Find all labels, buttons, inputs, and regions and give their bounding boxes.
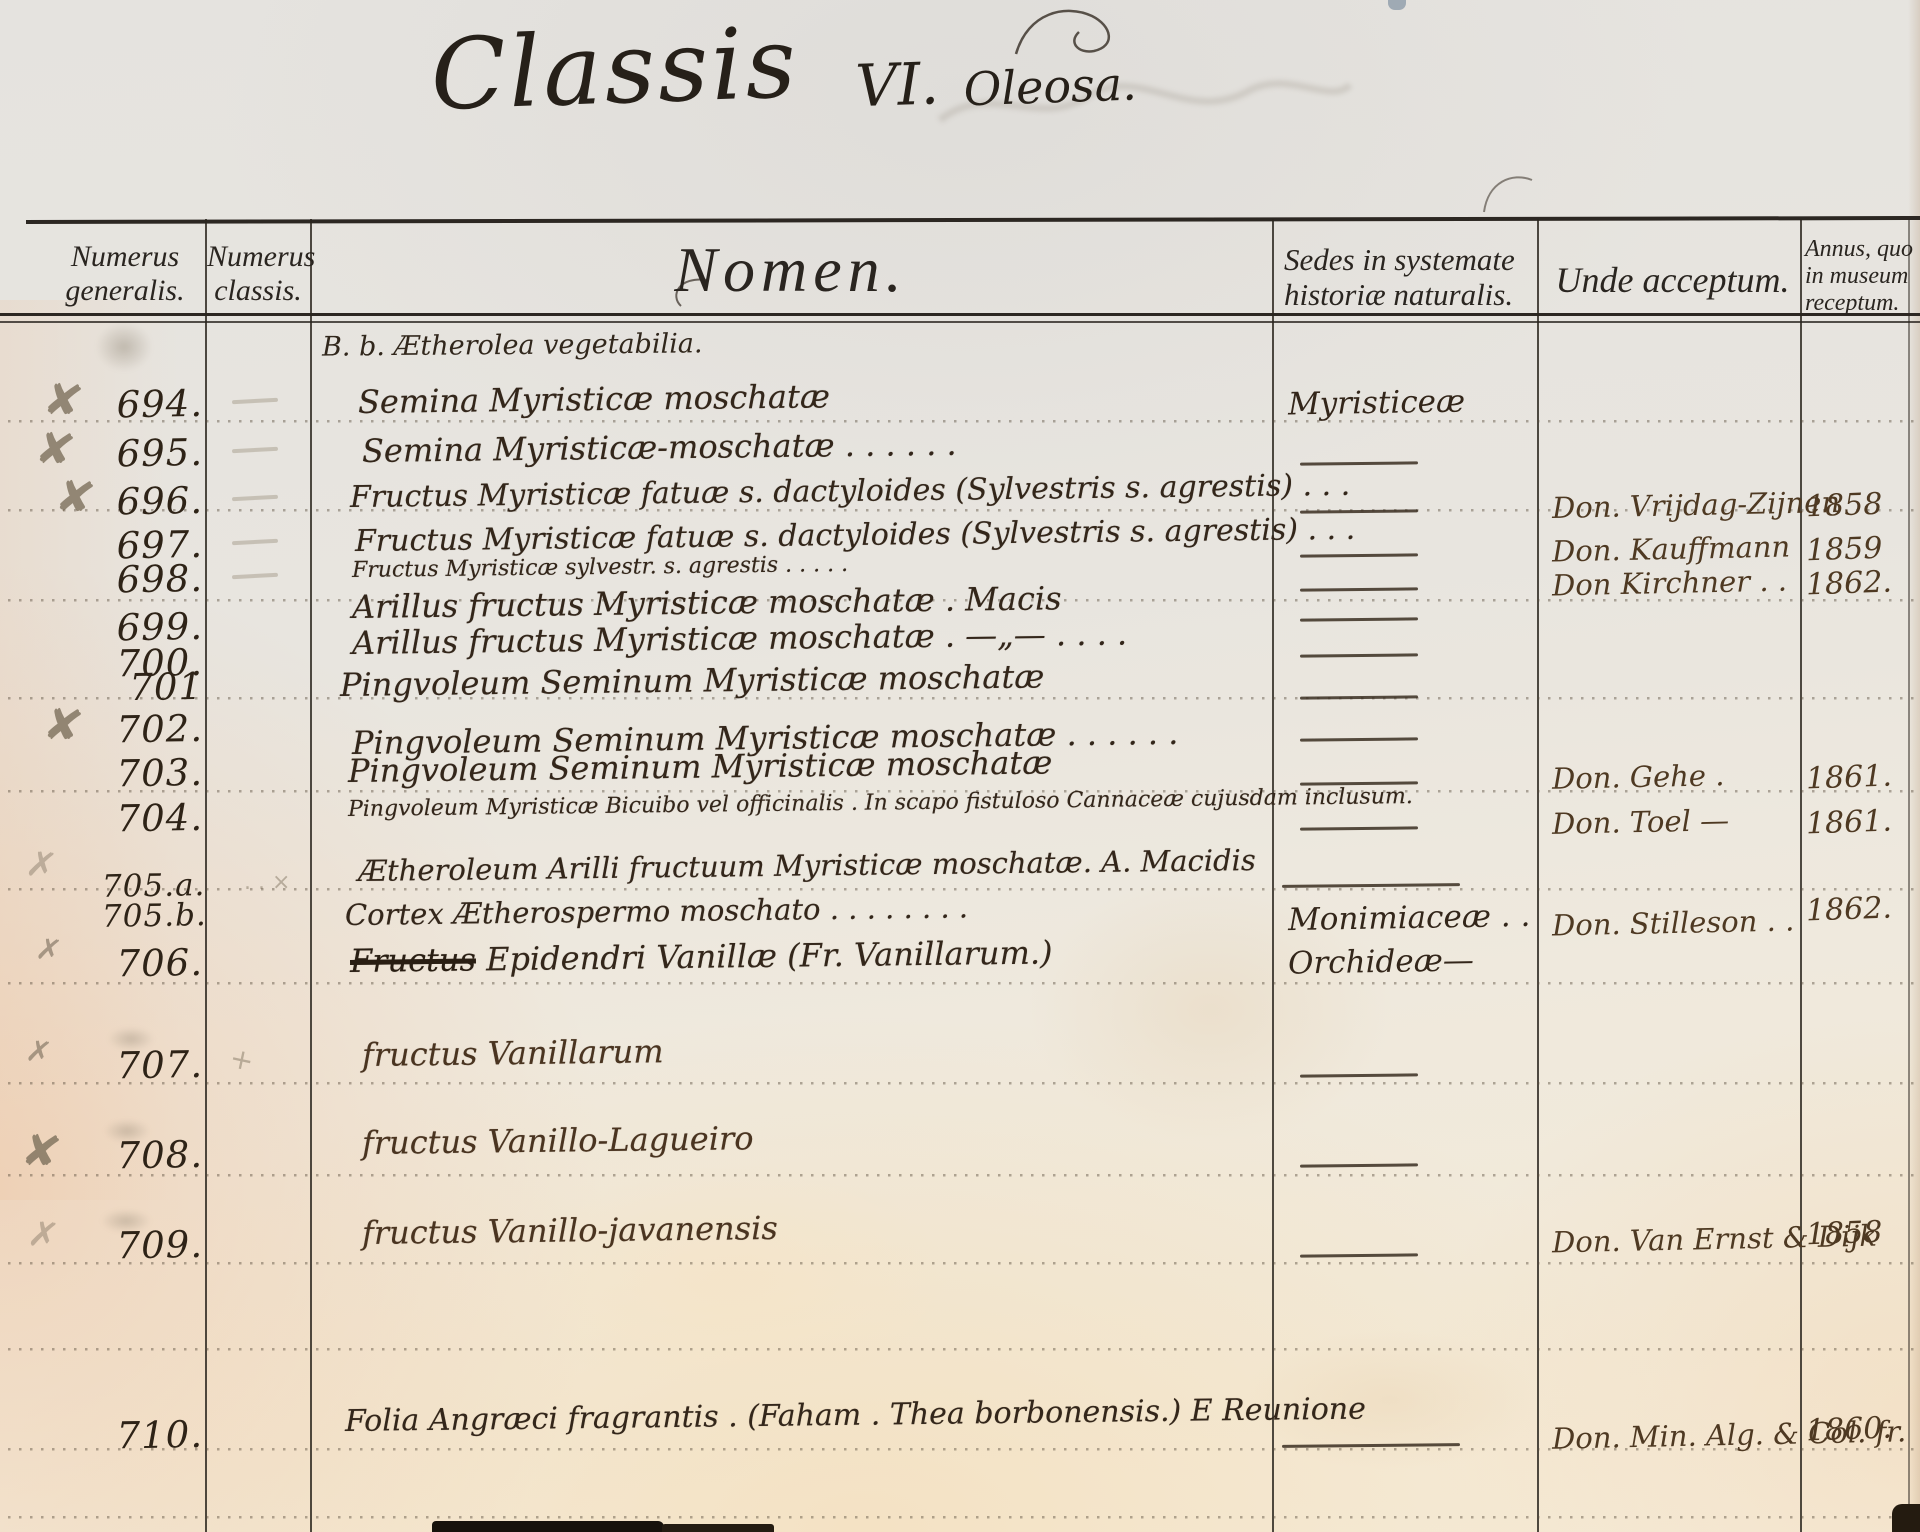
dotted-guide-line bbox=[8, 982, 1915, 985]
row-name: fructus Vanillarum bbox=[362, 1032, 664, 1074]
column-header-nomen: Nomen. bbox=[310, 234, 1272, 307]
row-name: Fructus Myristicæ fatuæ s. dactyloides (… bbox=[350, 468, 1351, 515]
row-name: fructus Vanillo-javanensis bbox=[362, 1209, 778, 1252]
row-number: 705.b. bbox=[102, 897, 207, 935]
unde-value: Don. Gehe . bbox=[1552, 758, 1725, 796]
row-name: Folia Angræci fragrantis . (Faham . Thea… bbox=[345, 1392, 1366, 1439]
classis-pencil-mark bbox=[232, 447, 278, 453]
row-name: Semina Myristicæ-moschatæ . . . . . . bbox=[362, 425, 957, 470]
row-number: 695. bbox=[75, 431, 204, 476]
annus-value: 1862. bbox=[1805, 891, 1892, 929]
table-column-rule bbox=[1908, 219, 1910, 1532]
annus-value: 1858 bbox=[1805, 1215, 1883, 1253]
row-number: 704. bbox=[75, 796, 204, 841]
row-name: fructus Vanillo-Lagueiro bbox=[362, 1119, 754, 1162]
row-number: 709. bbox=[75, 1223, 204, 1268]
classis-pencil-mark: + bbox=[227, 1044, 256, 1076]
sedes-ditto-dash bbox=[1300, 1073, 1418, 1077]
unde-value: Don. Toel — bbox=[1552, 803, 1730, 841]
sedes-ditto-dash bbox=[1300, 826, 1418, 830]
row-number: 708. bbox=[75, 1133, 204, 1178]
pencil-cross-mark: ✗ bbox=[23, 846, 59, 887]
dotted-guide-line bbox=[8, 1516, 1915, 1519]
dotted-guide-line bbox=[8, 697, 1915, 700]
table-column-rule bbox=[205, 219, 207, 1532]
classis-pencil-mark bbox=[232, 398, 278, 404]
sedes-ditto-dash bbox=[1300, 1253, 1418, 1257]
row-name: Fructus Myristicæ sylvestr. s. agrestis … bbox=[352, 552, 848, 583]
annus-value: 1859 bbox=[1805, 531, 1883, 569]
sedes-ditto-dash bbox=[1300, 1163, 1418, 1167]
header-bottom-rule-thin bbox=[0, 321, 1920, 323]
dotted-guide-line bbox=[8, 420, 1915, 423]
row-number: 696. bbox=[75, 479, 204, 524]
row-number: 707. bbox=[75, 1043, 204, 1088]
pencil-cross-mark: ✗ bbox=[34, 934, 64, 968]
row-name: Fructus Epidendri Vanillæ (Fr. Vanillaru… bbox=[350, 933, 1053, 980]
annus-value: 1861. bbox=[1805, 804, 1892, 842]
annus-value: 1861. bbox=[1805, 759, 1892, 797]
header-bottom-rule bbox=[0, 313, 1920, 316]
pencil-smudge bbox=[84, 312, 164, 382]
sedes-ditto-dash bbox=[1300, 617, 1418, 621]
annus-value: 1858 bbox=[1805, 487, 1883, 525]
annus-value: 1862. bbox=[1805, 565, 1892, 603]
row-name: Arillus fructus Myristicæ moschatæ . —„—… bbox=[352, 615, 1128, 662]
scan-edge-artifact bbox=[662, 1524, 774, 1532]
column-header-annus: Annus, quo in museum receptum. bbox=[1805, 236, 1917, 317]
row-number: 701 bbox=[75, 665, 204, 710]
section-heading: B. b. Ætherolea vegetabilia. bbox=[322, 328, 703, 362]
row-name: Ætheroleum Arilli fructuum Myristicæ mos… bbox=[358, 843, 1256, 888]
classis-pencil-mark bbox=[232, 573, 278, 579]
column-header-unde-acceptum: Unde acceptum. bbox=[1545, 260, 1800, 301]
sedes-ditto-dash bbox=[1300, 737, 1418, 741]
sedes-ditto-dash bbox=[1300, 653, 1418, 657]
sedes-ditto-dash bbox=[1300, 461, 1418, 465]
dotted-guide-line bbox=[8, 1082, 1915, 1085]
row-number: 706. bbox=[75, 941, 204, 986]
page-title-main: Classis bbox=[429, 6, 801, 133]
row-number: 703. bbox=[75, 751, 204, 796]
sedes-value: Myristiceæ bbox=[1288, 383, 1466, 422]
pencil-cross-mark: ✗ bbox=[25, 1216, 61, 1257]
row-name: Pingvoleum Seminum Myristicæ moschatæ bbox=[348, 743, 1053, 790]
table-column-rule bbox=[1800, 219, 1802, 1532]
row-name: Fructus Myristicæ fatuæ s. dactyloides (… bbox=[355, 512, 1356, 559]
scan-edge-artifact bbox=[432, 1521, 664, 1532]
row-name: Semina Myristicæ moschatæ bbox=[358, 377, 830, 421]
unde-value: Don. Kauffmann bbox=[1552, 530, 1791, 569]
row-number: 702. bbox=[75, 707, 204, 752]
ledger-page: Classis VI. Oleosa. Numerus generalis. N… bbox=[0, 0, 1920, 1532]
pencil-cross-mark: ✗ bbox=[24, 1036, 54, 1070]
page-title-subtitle: Oleosa. bbox=[963, 56, 1138, 116]
sedes-ditto-dash bbox=[1300, 587, 1418, 591]
dotted-guide-line bbox=[8, 1262, 1915, 1265]
paper-stain bbox=[420, 1120, 1040, 1440]
column-header-numerus-classis: Numerus classis. bbox=[207, 240, 309, 308]
sedes-value: Monimiaceæ . . bbox=[1288, 898, 1531, 938]
row-number: 694. bbox=[75, 382, 204, 427]
pen-flourish bbox=[1008, 2, 1138, 60]
table-column-rule bbox=[310, 219, 312, 1532]
blue-paper-speck bbox=[1388, 0, 1406, 10]
pencil-cross-mark: ✘ bbox=[18, 1125, 64, 1177]
unde-value: Don. Vrijdag-Zijnen bbox=[1552, 485, 1841, 525]
classis-pencil-mark bbox=[232, 539, 278, 545]
dotted-guide-line bbox=[8, 1348, 1915, 1351]
row-number: 710. bbox=[75, 1413, 204, 1458]
annus-value: 1860. bbox=[1805, 1411, 1892, 1449]
unde-value: Don. Stilleson . . bbox=[1552, 903, 1795, 942]
struck-word: Fructus bbox=[350, 940, 476, 980]
sedes-value: Orchideæ— bbox=[1288, 942, 1474, 981]
pencil-cross-mark: ✘ bbox=[32, 423, 78, 475]
page-title-number: VI. bbox=[854, 49, 940, 120]
pen-flourish bbox=[1478, 170, 1540, 218]
unde-value: Don Kirchner . . bbox=[1552, 564, 1788, 603]
column-header-numerus-generalis: Numerus generalis. bbox=[46, 240, 204, 308]
pencil-mark-after-number: . . × bbox=[244, 872, 290, 894]
dotted-guide-line bbox=[8, 1174, 1915, 1177]
column-header-sedes: Sedes in systemate historiæ naturalis. bbox=[1284, 242, 1534, 313]
row-number: 698. bbox=[75, 557, 204, 602]
sedes-ditto-dash bbox=[1300, 553, 1418, 557]
classis-pencil-mark bbox=[232, 495, 278, 501]
table-column-rule bbox=[1272, 219, 1274, 1532]
row-name: Cortex Ætherospermo moschato . . . . . .… bbox=[345, 890, 968, 932]
table-column-rule bbox=[1537, 219, 1539, 1532]
